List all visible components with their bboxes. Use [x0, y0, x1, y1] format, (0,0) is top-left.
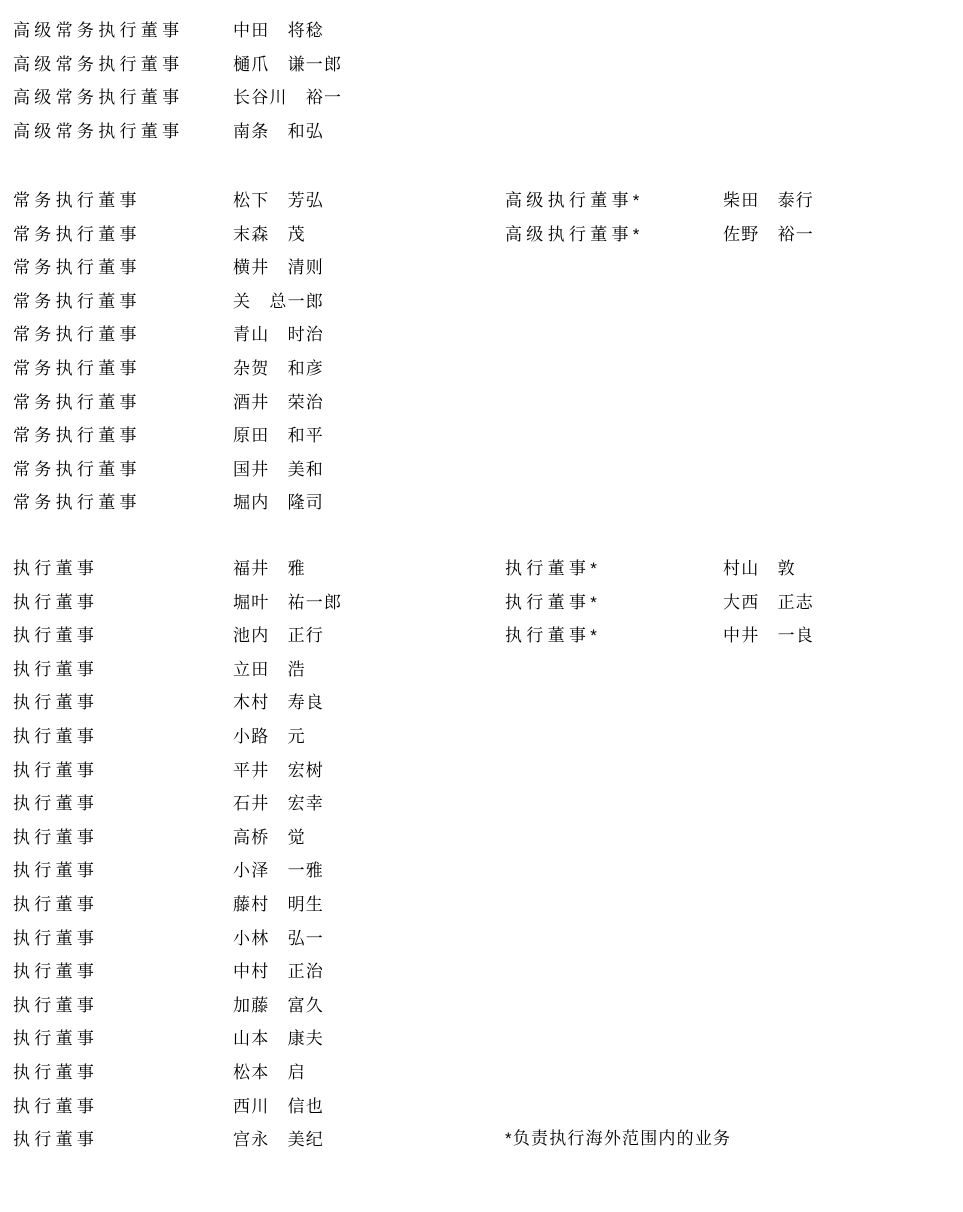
table-row: 执行董事 小林 弘一 [13, 922, 342, 956]
senior-managing-directors-section: 高级常务执行董事 中田 将稔 高级常务执行董事 樋爪 谦一郎 高级常务执行董事 … [13, 14, 342, 148]
person-name: 高桥 觉 [233, 821, 306, 855]
person-name: 山本 康夫 [233, 1022, 324, 1056]
position-title: 执行董事 [13, 1090, 233, 1124]
position-title: 执行董事 [13, 854, 233, 888]
position-title: 执行董事 [13, 821, 233, 855]
table-row: 执行董事 松本 启 [13, 1056, 342, 1090]
footnote: *负责执行海外范围内的业务 [505, 1122, 731, 1156]
position-title: 执行董事 [13, 888, 233, 922]
person-name: 中村 正治 [233, 955, 324, 989]
table-row: 执行董事 小路 元 [13, 720, 342, 754]
table-row: 常务执行董事 堀内 隆司 [13, 486, 324, 520]
position-title: 执行董事 [13, 754, 233, 788]
senior-executive-directors-overseas-section: 高级执行董事* 柴田 泰行 高级执行董事* 佐野 裕一 [505, 184, 814, 251]
position-title: 常务执行董事 [13, 251, 233, 285]
table-row: 常务执行董事 关 总一郎 [13, 285, 324, 319]
person-name: 藤村 明生 [233, 888, 324, 922]
position-title: 高级常务执行董事 [13, 48, 233, 82]
table-row: 常务执行董事 末森 茂 [13, 218, 324, 252]
table-row: 执行董事 藤村 明生 [13, 888, 342, 922]
person-name: 长谷川 裕一 [233, 81, 342, 115]
person-name: 关 总一郎 [233, 285, 324, 319]
position-title: 执行董事 [13, 586, 233, 620]
table-row: 常务执行董事 杂贺 和彦 [13, 352, 324, 386]
person-name: 立田 浩 [233, 653, 306, 687]
person-name: 杂贺 和彦 [233, 352, 324, 386]
position-title: 执行董事 [13, 552, 233, 586]
position-title: 执行董事 [13, 653, 233, 687]
table-row: 执行董事 加藤 富久 [13, 989, 342, 1023]
position-title: 常务执行董事 [13, 318, 233, 352]
person-name: 横井 清则 [233, 251, 324, 285]
person-name: 小路 元 [233, 720, 306, 754]
person-name: 松下 芳弘 [233, 184, 324, 218]
person-name: 池内 正行 [233, 619, 324, 653]
managing-directors-section: 常务执行董事 松下 芳弘 常务执行董事 末森 茂 常务执行董事 横井 清则 常务… [13, 184, 324, 520]
table-row: 执行董事 石井 宏幸 [13, 787, 342, 821]
person-name: 原田 和平 [233, 419, 324, 453]
person-name: 平井 宏树 [233, 754, 324, 788]
person-name: 福井 雅 [233, 552, 306, 586]
table-row: 高级执行董事* 柴田 泰行 [505, 184, 814, 218]
position-title: 高级执行董事* [505, 218, 723, 252]
person-name: 西川 信也 [233, 1090, 324, 1124]
table-row: 高级执行董事* 佐野 裕一 [505, 218, 814, 252]
position-title: 执行董事 [13, 955, 233, 989]
position-title: 高级执行董事* [505, 184, 723, 218]
position-title: 执行董事 [13, 1123, 233, 1157]
position-title: 常务执行董事 [13, 419, 233, 453]
position-title: 常务执行董事 [13, 352, 233, 386]
table-row: 执行董事 西川 信也 [13, 1090, 342, 1124]
table-row: 执行董事 高桥 觉 [13, 821, 342, 855]
table-row: 执行董事 池内 正行 [13, 619, 342, 653]
position-title: 常务执行董事 [13, 218, 233, 252]
position-title: 执行董事 [13, 989, 233, 1023]
executive-directors-section: 执行董事 福井 雅 执行董事 堀叶 祐一郎 执行董事 池内 正行 执行董事 立田… [13, 552, 342, 1157]
position-title: 执行董事 [13, 1022, 233, 1056]
table-row: 常务执行董事 横井 清则 [13, 251, 324, 285]
position-title: 执行董事 [13, 922, 233, 956]
person-name: 小林 弘一 [233, 922, 324, 956]
position-title: 执行董事 [13, 619, 233, 653]
table-row: 常务执行董事 松下 芳弘 [13, 184, 324, 218]
table-row: 执行董事 木村 寿良 [13, 686, 342, 720]
person-name: 松本 启 [233, 1056, 306, 1090]
position-title: 高级常务执行董事 [13, 115, 233, 149]
table-row: 执行董事* 中井 一良 [505, 619, 814, 653]
table-row: 执行董事 小泽 一雅 [13, 854, 342, 888]
position-title: 高级常务执行董事 [13, 81, 233, 115]
table-row: 执行董事 宫永 美纪 [13, 1123, 342, 1157]
table-row: 高级常务执行董事 中田 将稔 [13, 14, 342, 48]
table-row: 执行董事* 大西 正志 [505, 586, 814, 620]
executive-directory-page: 高级常务执行董事 中田 将稔 高级常务执行董事 樋爪 谦一郎 高级常务执行董事 … [0, 0, 963, 1212]
position-title: 执行董事* [505, 619, 723, 653]
table-row: 执行董事 福井 雅 [13, 552, 342, 586]
person-name: 小泽 一雅 [233, 854, 324, 888]
person-name: 末森 茂 [233, 218, 306, 252]
position-title: 常务执行董事 [13, 386, 233, 420]
person-name: 村山 敦 [723, 552, 796, 586]
position-title: 高级常务执行董事 [13, 14, 233, 48]
person-name: 中田 将稔 [233, 14, 324, 48]
person-name: 樋爪 谦一郎 [233, 48, 342, 82]
table-row: 常务执行董事 国井 美和 [13, 453, 324, 487]
table-row: 常务执行董事 青山 时治 [13, 318, 324, 352]
person-name: 国井 美和 [233, 453, 324, 487]
person-name: 大西 正志 [723, 586, 814, 620]
table-row: 高级常务执行董事 南条 和弘 [13, 115, 342, 149]
position-title: 执行董事 [13, 686, 233, 720]
position-title: 常务执行董事 [13, 453, 233, 487]
table-row: 常务执行董事 酒井 荣治 [13, 386, 324, 420]
position-title: 常务执行董事 [13, 285, 233, 319]
person-name: 堀叶 祐一郎 [233, 586, 342, 620]
table-row: 执行董事 山本 康夫 [13, 1022, 342, 1056]
person-name: 南条 和弘 [233, 115, 324, 149]
person-name: 青山 时治 [233, 318, 324, 352]
position-title: 常务执行董事 [13, 486, 233, 520]
person-name: 宫永 美纪 [233, 1123, 324, 1157]
table-row: 高级常务执行董事 樋爪 谦一郎 [13, 48, 342, 82]
table-row: 执行董事 平井 宏树 [13, 754, 342, 788]
table-row: 执行董事 立田 浩 [13, 653, 342, 687]
position-title: 执行董事* [505, 552, 723, 586]
person-name: 佐野 裕一 [723, 218, 814, 252]
position-title: 执行董事 [13, 1056, 233, 1090]
person-name: 石井 宏幸 [233, 787, 324, 821]
executive-directors-overseas-section: 执行董事* 村山 敦 执行董事* 大西 正志 执行董事* 中井 一良 [505, 552, 814, 653]
table-row: 执行董事 中村 正治 [13, 955, 342, 989]
person-name: 柴田 泰行 [723, 184, 814, 218]
table-row: 常务执行董事 原田 和平 [13, 419, 324, 453]
table-row: 高级常务执行董事 长谷川 裕一 [13, 81, 342, 115]
person-name: 堀内 隆司 [233, 486, 324, 520]
position-title: 执行董事 [13, 787, 233, 821]
person-name: 中井 一良 [723, 619, 814, 653]
person-name: 木村 寿良 [233, 686, 324, 720]
position-title: 执行董事* [505, 586, 723, 620]
person-name: 酒井 荣治 [233, 386, 324, 420]
table-row: 执行董事* 村山 敦 [505, 552, 814, 586]
position-title: 执行董事 [13, 720, 233, 754]
table-row: 执行董事 堀叶 祐一郎 [13, 586, 342, 620]
position-title: 常务执行董事 [13, 184, 233, 218]
person-name: 加藤 富久 [233, 989, 324, 1023]
